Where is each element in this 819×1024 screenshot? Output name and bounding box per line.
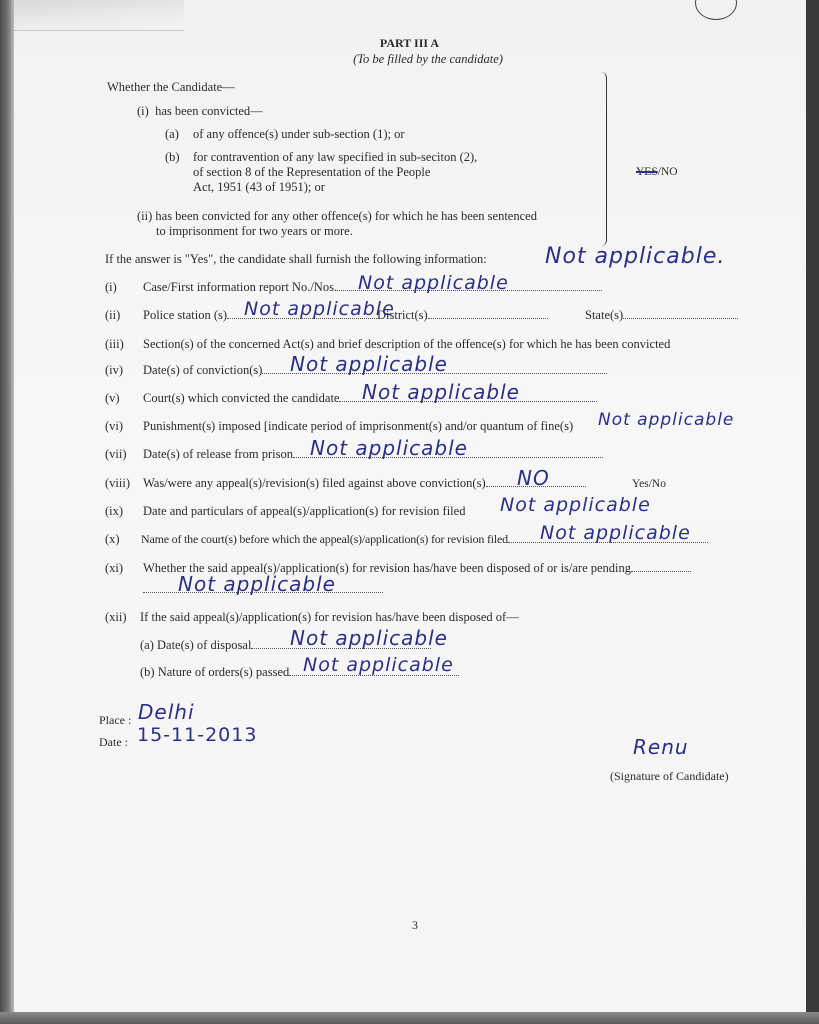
question-ii-line1: (ii) has been convicted for any other of…: [137, 209, 537, 224]
item-num: (iii): [105, 337, 124, 352]
item-ix-label: Date and particulars of appeal(s)/applic…: [143, 504, 465, 519]
item-i-value[interactable]: Not applicable: [358, 272, 509, 294]
folded-corner: [14, 0, 184, 31]
disposal-date-value[interactable]: Not applicable: [290, 626, 448, 650]
item-vi-label: Punishment(s) imposed [indicate period o…: [143, 419, 573, 434]
question-a-text: of any offence(s) under sub-section (1);…: [193, 127, 405, 142]
page-title: PART III A: [0, 36, 819, 51]
item-xi-value[interactable]: Not applicable: [178, 572, 336, 596]
question-b-line2: of section 8 of the Representation of th…: [193, 165, 430, 180]
disposal-nature-value[interactable]: Not applicable: [303, 654, 454, 676]
item-ix-value[interactable]: Not applicable: [500, 494, 651, 516]
instruction-handwritten: Not applicable.: [545, 244, 725, 269]
item-iv-value[interactable]: Not applicable: [290, 352, 448, 376]
item-ii-state: State(s): [585, 308, 738, 323]
page-subtitle: (To be filled by the candidate): [0, 52, 819, 67]
date-label: Date :: [99, 735, 128, 750]
yes-no-answer: YES/NO: [636, 166, 678, 178]
question-i: (i) has been convicted—: [137, 104, 263, 119]
place-label: Place :: [99, 713, 131, 728]
item-v-value[interactable]: Not applicable: [362, 380, 520, 404]
question-intro: Whether the Candidate—: [107, 80, 235, 95]
item-iii-label: Section(s) of the concerned Act(s) and b…: [143, 337, 670, 352]
question-i-text: has been convicted—: [155, 104, 263, 118]
question-a-label: (a): [165, 127, 179, 142]
item-num: (viii): [105, 476, 130, 491]
instruction-text: If the answer is "Yes", the candidate sh…: [105, 252, 487, 267]
item-num: (xi): [105, 561, 123, 576]
question-b-line1: for contravention of any law specified i…: [193, 150, 477, 165]
signature-label: (Signature of Candidate): [610, 769, 729, 784]
item-ii-value[interactable]: Not applicable: [244, 298, 395, 320]
item-x-value[interactable]: Not applicable: [540, 522, 691, 544]
answer-yes-struck: YES: [636, 166, 658, 178]
date-value[interactable]: 15-11-2013: [137, 724, 257, 746]
scan-bottom-edge: [0, 1012, 819, 1024]
scan-left-edge: [0, 0, 14, 1024]
item-num: (i): [105, 280, 117, 295]
item-num: (xii): [105, 610, 127, 625]
item-num: (ii): [105, 308, 120, 323]
question-ii-line2: to imprisonment for two years or more.: [156, 224, 353, 239]
signature: Renu: [633, 735, 689, 759]
item-viii-suffix: Yes/No: [632, 478, 666, 490]
item-viii-value[interactable]: NO: [517, 466, 550, 490]
page-number: 3: [412, 918, 418, 933]
item-num: (iv): [105, 363, 123, 378]
item-vii-value[interactable]: Not applicable: [310, 436, 468, 460]
question-i-label: (i): [137, 104, 149, 118]
brace: [598, 72, 607, 246]
item-num: (x): [105, 532, 120, 547]
item-num: (vii): [105, 447, 127, 462]
question-b-label: (b): [165, 150, 180, 165]
item-num: (vi): [105, 419, 123, 434]
item-num: (ix): [105, 504, 123, 519]
answer-no: NO: [661, 166, 678, 178]
item-num: (v): [105, 391, 120, 406]
item-vi-value[interactable]: Not applicable: [598, 410, 734, 430]
question-b-line3: Act, 1951 (43 of 1951); or: [193, 180, 325, 195]
place-value[interactable]: Delhi: [138, 700, 195, 724]
item-xii-label: If the said appeal(s)/application(s) for…: [140, 610, 519, 625]
